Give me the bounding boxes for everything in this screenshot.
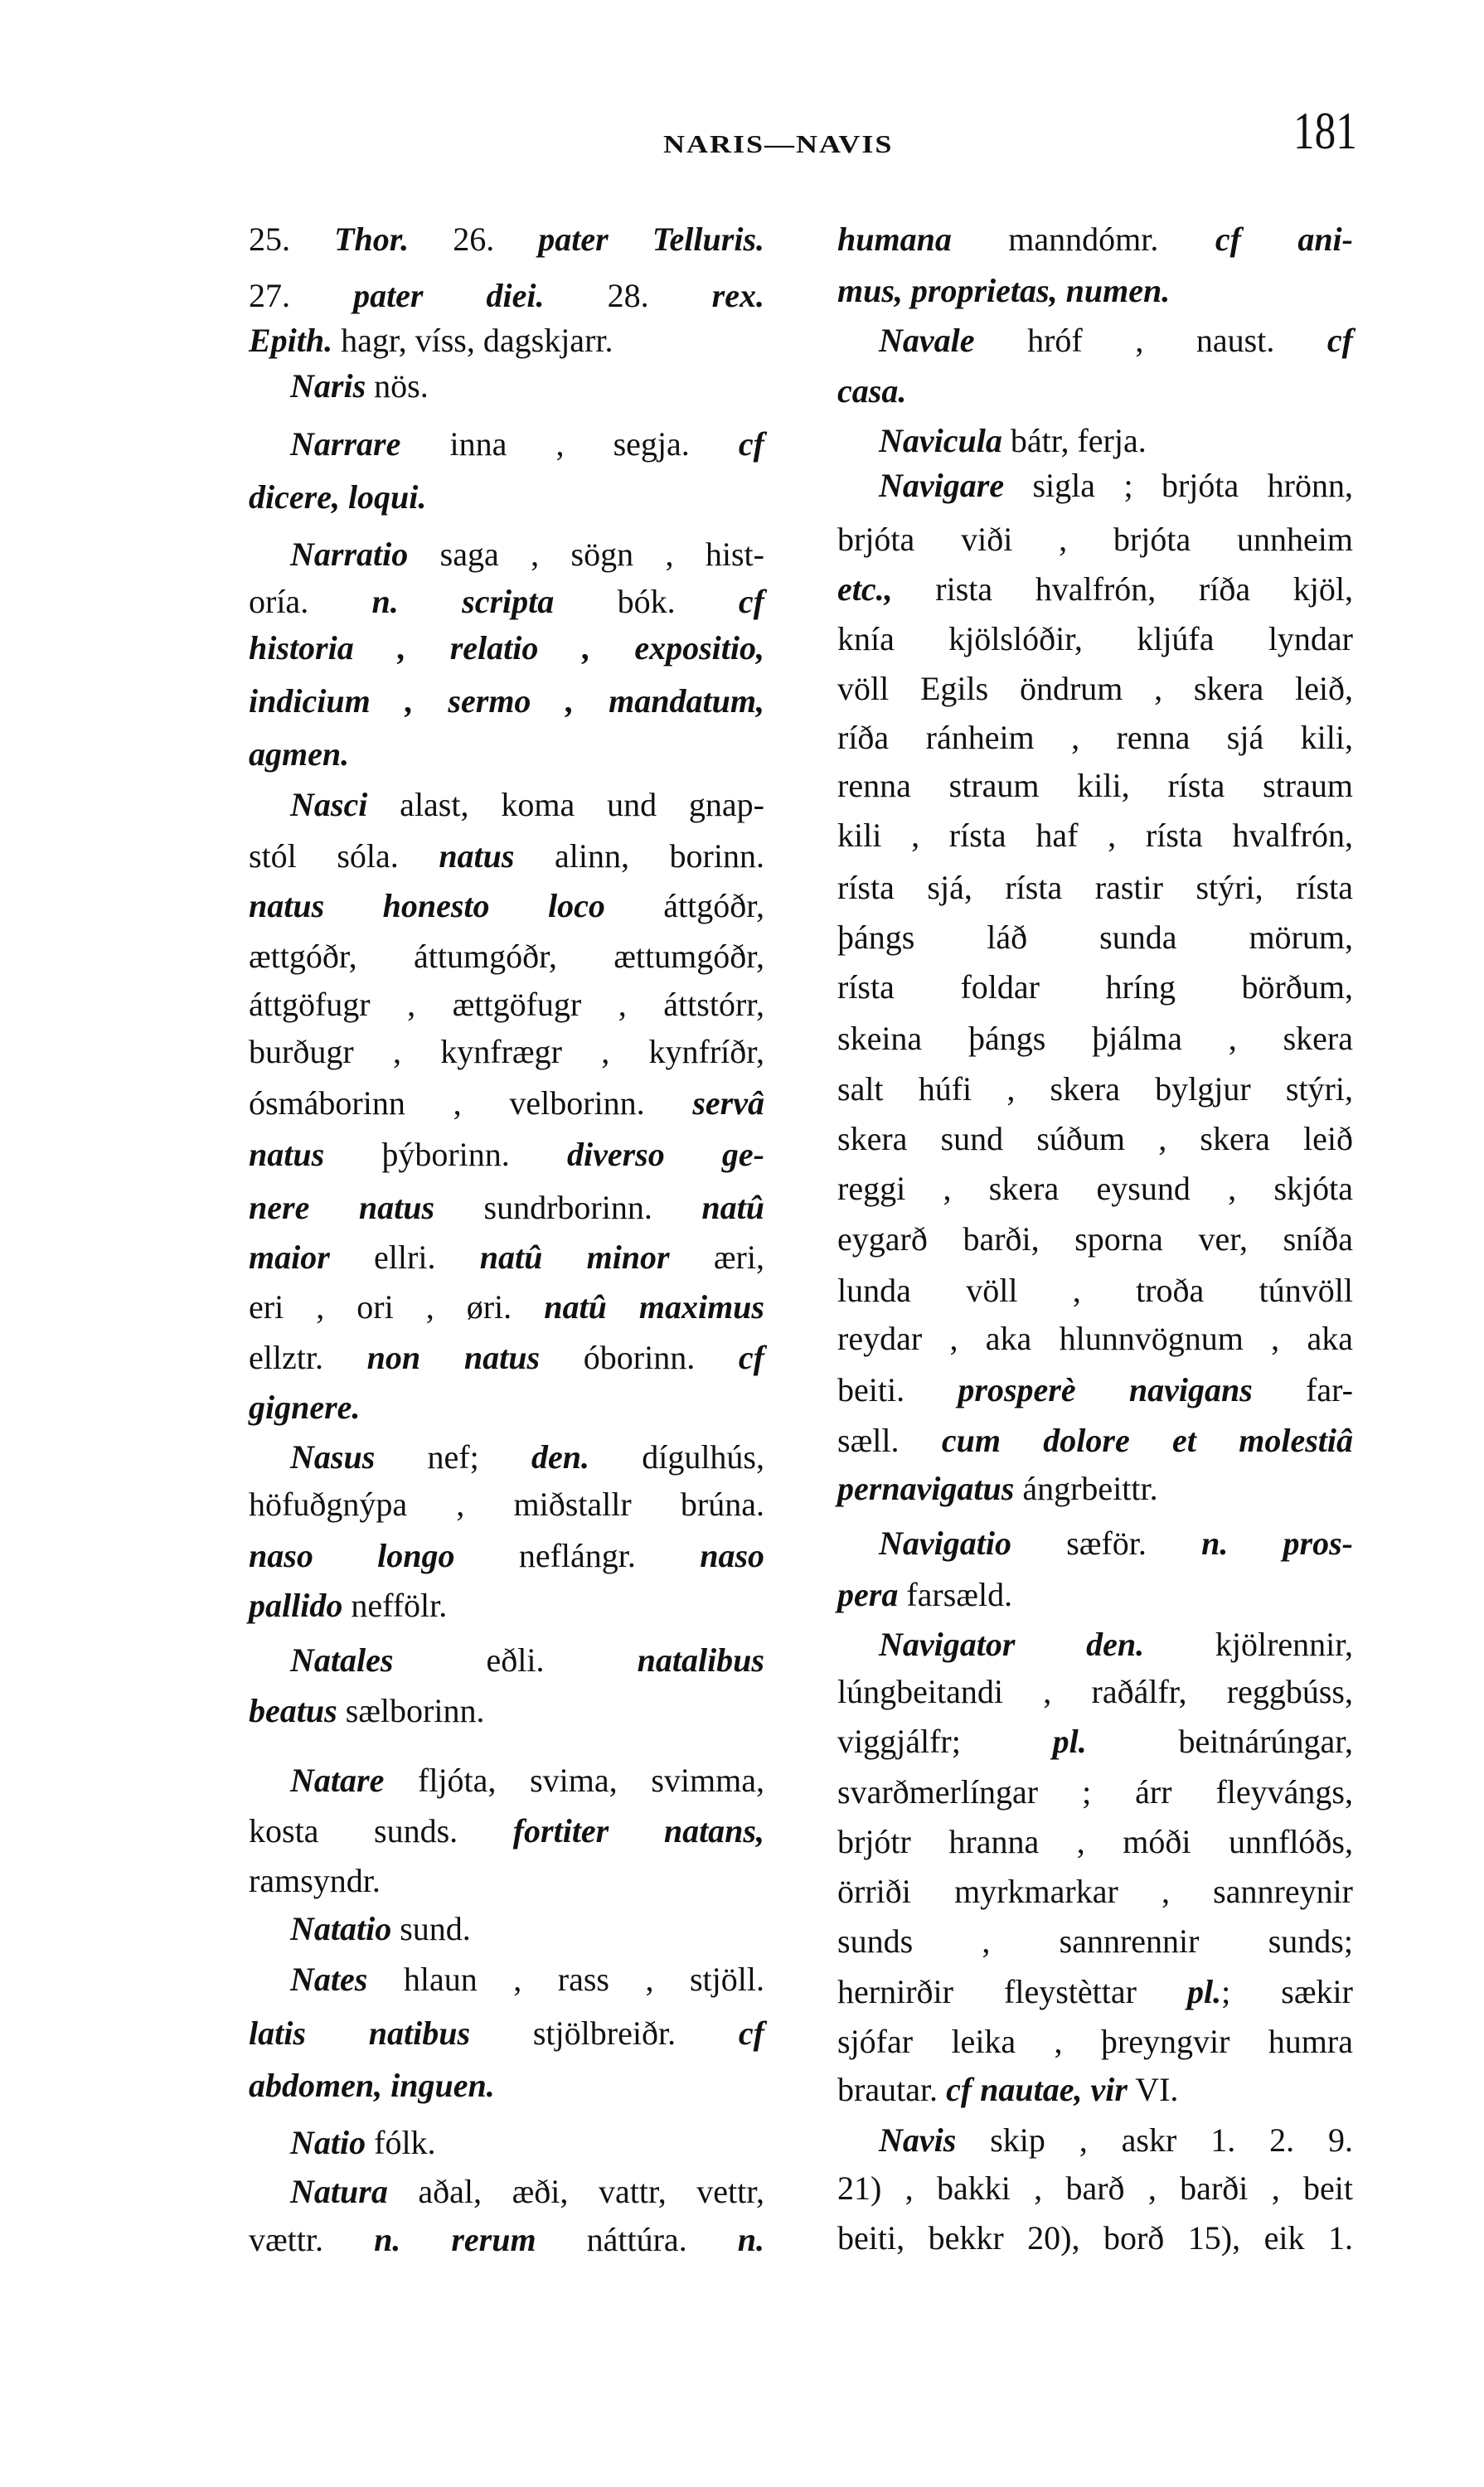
text-line: kili , rísta haf , rísta hvalfrón, [837,812,1353,859]
text-line: reydar , aka hlunnvögnum , aka [837,1316,1353,1362]
text-line: eygarð barði, sporna ver, sníða [837,1216,1353,1263]
text-line: latis natibus stjölbreiðr. cf [249,2010,764,2057]
latin-term: mus, proprietas, numen. [837,272,1170,309]
text-line: brjóta viði , brjóta unnheim [837,516,1353,563]
text-line: áttgöfugr , ættgöfugr , áttstórr, [249,982,764,1028]
text-line: Naris nös. [249,363,764,410]
latin-term: naso longo [249,1537,455,1574]
icelandic-text: ellri. [330,1239,480,1276]
icelandic-text: fljóta, svima, svimma, [384,1762,764,1799]
icelandic-text: vættr. [249,2221,374,2258]
text-line: pera farsæld. [837,1572,1353,1618]
latin-term: n. scripta [372,583,555,620]
icelandic-text: oría. [249,583,372,620]
icelandic-text: ríða ránheim , renna sjá kili, [837,719,1353,756]
latin-term: Natio [290,2124,366,2161]
latin-term: n. [738,2221,764,2258]
latin-term: Epith. [249,322,332,359]
icelandic-text: þángs láð sunda mörum, [837,919,1353,956]
text-line: etc., rista hvalfrón, ríða kjöl, [837,566,1353,613]
icelandic-text: hlaun , rass , stjöll. [367,1961,764,1998]
latin-term: Navis [879,2121,956,2159]
icelandic-text: bók. [554,583,739,620]
latin-term: pater Telluris. [538,221,764,258]
icelandic-text: eygarð barði, sporna ver, sníða [837,1220,1353,1258]
icelandic-text: kjölrennir, [1144,1626,1353,1663]
icelandic-text: inna , segja. [400,425,739,463]
latin-term: cf [739,425,764,463]
icelandic-text: völl Egils öndrum , skera leið, [837,670,1353,707]
text-line: vættr. n. rerum náttúra. n. [249,2217,764,2263]
text-line: salt húfi , skera bylgjur stýri, [837,1066,1353,1113]
text-line: Natio fólk. [249,2120,764,2166]
text-line: Navigatio sæför. n. pros- [837,1520,1353,1567]
latin-term: pera [837,1576,898,1613]
icelandic-text: neflángr. [455,1537,701,1574]
latin-term: Navigator den. [879,1626,1144,1663]
latin-term: Nasci [290,786,367,823]
icelandic-text: beiti. [837,1371,958,1408]
icelandic-text: óborinn. [540,1339,739,1376]
text-line: ellztr. non natus óborinn. cf [249,1335,764,1381]
icelandic-text: reydar , aka hlunnvögnum , aka [837,1320,1353,1357]
latin-term: historia , relatio , expositio, [249,629,764,667]
text-line: burðugr , kynfrægr , kynfríðr, [249,1029,764,1075]
icelandic-text: VI. [1128,2071,1178,2108]
text-line: Epith. hagr, víss, dagskjarr. [249,318,764,364]
text-line: beatus sælborinn. [249,1688,764,1734]
icelandic-text: nös. [366,367,429,405]
icelandic-text: renna straum kili, rísta straum [837,767,1353,804]
latin-term: maior [249,1239,330,1276]
icelandic-text: 25. [249,221,334,258]
icelandic-text: beiti, bekkr 20), borð 15), eik 1. [837,2219,1353,2257]
text-line: maior ellri. natû minor æri, [249,1234,764,1281]
text-line: Narratio saga , sögn , hist- [249,531,764,578]
latin-term: casa. [837,372,906,410]
latin-term: Navigare [879,467,1004,504]
icelandic-text: brautar. [837,2071,946,2108]
latin-term: natalibus [638,1641,764,1679]
icelandic-text: rista hvalfrón, ríða kjöl, [893,570,1353,608]
icelandic-text: sunds , sannrennir sunds; [837,1922,1353,1960]
text-line: historia , relatio , expositio, [249,625,764,671]
text-line: Nasus nef; den. dígulhús, [249,1434,764,1481]
icelandic-text: rísta foldar hríng börðum, [837,968,1353,1006]
icelandic-text: lúngbeitandi , raðálfr, reggbúss, [837,1673,1353,1710]
text-line: renna straum kili, rísta straum [837,763,1353,809]
text-line: rísta foldar hríng börðum, [837,964,1353,1011]
text-line: ríða ránheim , renna sjá kili, [837,715,1353,761]
text-line: Natura aðal, æði, vattr, vettr, [249,2169,764,2215]
text-line: sjófar leika , þreyngvir humra [837,2019,1353,2065]
text-line: Natatio sund. [249,1906,764,1952]
text-line: mus, proprietas, numen. [837,268,1353,314]
icelandic-text: stól sóla. [249,837,439,875]
latin-term: natus [249,1136,324,1173]
latin-term: Naris [290,367,366,405]
icelandic-text: sæll. [837,1422,942,1459]
text-line: nere natus sundrborinn. natû [249,1185,764,1231]
latin-term: den. [531,1438,589,1476]
latin-term: cf [739,2014,764,2052]
icelandic-text: áttgöfugr , ættgöfugr , áttstórr, [249,986,764,1023]
icelandic-text: sæför. [1011,1525,1201,1562]
icelandic-text: beitnárúngar, [1087,1723,1353,1760]
latin-term: humana [837,221,952,258]
latin-term: naso [700,1537,764,1574]
text-line: kosta sunds. fortiter natans, [249,1808,764,1854]
latin-term: prosperè navigans [958,1371,1252,1408]
text-line: höfuðgnýpa , miðstallr brúna. [249,1481,764,1528]
text-line: viggjálfr; pl. beitnárúngar, [837,1719,1353,1765]
icelandic-text: 21) , bakki , barð , barði , beit [837,2169,1353,2207]
latin-term: cum dolore et molestiâ [942,1422,1353,1459]
latin-term: Navicula [879,422,1002,459]
icelandic-text: alinn, borinn. [514,837,764,875]
latin-term: cf [739,1339,764,1376]
text-line: Nates hlaun , rass , stjöll. [249,1956,764,2003]
text-line: völl Egils öndrum , skera leið, [837,666,1353,712]
text-line: humana manndómr. cf ani- [837,216,1353,263]
text-line: ættgóðr, áttumgóðr, ættumgóðr, [249,933,764,980]
icelandic-text: æri, [670,1239,764,1276]
text-line: gignere. [249,1384,764,1431]
icelandic-text: bátr, ferja. [1002,422,1147,459]
icelandic-text: neffölr. [342,1587,447,1624]
latin-term: natû minor [480,1239,670,1276]
dictionary-page: NARIS—NAVIS 181 25. Thor. 26. pater Tell… [0,0,1484,2487]
latin-term: Narrare [290,425,400,463]
icelandic-text: ellztr. [249,1339,367,1376]
latin-term: beatus [249,1692,337,1729]
icelandic-text: ángrbeittr. [1014,1470,1157,1507]
text-line: sunds , sannrennir sunds; [837,1918,1353,1965]
icelandic-text: sigla ; brjóta hrönn, [1004,467,1353,504]
text-line: beiti. prosperè navigans far- [837,1367,1353,1413]
latin-term: cf [1327,322,1353,359]
icelandic-text: alast, koma und gnap- [367,786,764,823]
text-line: pallido neffölr. [249,1583,764,1629]
icelandic-text: kosta sunds. [249,1812,513,1849]
icelandic-text: ósmáborinn , velborinn. [249,1084,692,1122]
icelandic-text: salt húfi , skera bylgjur stýri, [837,1070,1353,1108]
latin-term: cf ani- [1215,221,1353,258]
latin-term: Navigatio [879,1525,1011,1562]
latin-term: pater diei. [353,277,544,314]
icelandic-text: saga , sögn , hist- [408,536,764,573]
icelandic-text: 27. [249,277,353,314]
icelandic-text: reggi , skera eysund , skjóta [837,1170,1353,1207]
icelandic-text: stjölbreiðr. [470,2014,739,2052]
icelandic-text: skip , askr 1. 2. 9. [956,2121,1353,2159]
icelandic-text: nef; [375,1438,531,1476]
icelandic-text: örriði myrkmarkar , sannreynir [837,1873,1353,1910]
icelandic-text: sund. [391,1910,471,1947]
text-line: Navis skip , askr 1. 2. 9. [837,2117,1353,2164]
latin-term: natû maximus [544,1288,764,1326]
icelandic-text: sjófar leika , þreyngvir humra [837,2023,1353,2060]
text-line: abdomen, inguen. [249,2063,764,2109]
icelandic-text: sundrborinn. [434,1189,701,1226]
text-line: skera sund súðum , skera leið [837,1116,1353,1162]
latin-term: natus honesto loco [249,887,605,924]
latin-term: pl. [1187,1973,1221,2010]
icelandic-text: rísta sjá, rísta rastir stýri, rísta [837,869,1353,906]
text-line: 21) , bakki , barð , barði , beit [837,2165,1353,2212]
latin-term: gignere. [249,1389,360,1426]
text-line: agmen. [249,731,764,778]
latin-term: natus [439,837,514,875]
latin-term: natû [701,1189,764,1226]
latin-term: Natales [290,1641,393,1679]
text-line: sæll. cum dolore et molestiâ [837,1418,1353,1464]
text-line: beiti, bekkr 20), borð 15), eik 1. [837,2215,1353,2262]
text-line: naso longo neflángr. naso [249,1533,764,1579]
text-line: eri , ori , øri. natû maximus [249,1284,764,1331]
text-line: reggi , skera eysund , skjóta [837,1166,1353,1212]
icelandic-text: sælborinn. [337,1692,485,1729]
icelandic-text: 28. [545,277,712,314]
icelandic-text: skera sund súðum , skera leið [837,1120,1353,1157]
icelandic-text: dígulhús, [589,1438,764,1476]
icelandic-text: svarðmerlíngar ; árr fleyvángs, [837,1773,1353,1811]
latin-term: cf [739,583,764,620]
text-line: Navicula bátr, ferja. [837,418,1353,464]
right-column: humana manndómr. cf ani-mus, proprietas,… [837,0,1353,2487]
icelandic-text: hernirðir fleystèttar [837,1973,1187,2010]
latin-term: n. rerum [374,2221,536,2258]
icelandic-text: viggjálfr; [837,1723,1053,1760]
text-line: ramsyndr. [249,1858,764,1904]
text-line: Narrare inna , segja. cf [249,421,764,468]
latin-term: fortiter natans, [513,1812,764,1849]
text-line: svarðmerlíngar ; árr fleyvángs, [837,1769,1353,1816]
latin-term: etc., [837,570,893,608]
text-line: Natales eðli. natalibus [249,1637,764,1684]
icelandic-text: aðal, æði, vattr, vettr, [388,2173,764,2210]
text-line: natus þýborinn. diverso ge- [249,1132,764,1178]
icelandic-text: knía kjölslóðir, kljúfa lyndar [837,620,1353,657]
latin-term: servâ [692,1084,764,1122]
icelandic-text: þýborinn. [324,1136,567,1173]
text-line: brautar. cf nautae, vir VI. [837,2067,1353,2113]
latin-term: non natus [367,1339,540,1376]
text-line: örriði myrkmarkar , sannreynir [837,1869,1353,1915]
icelandic-text: brjótr hranna , móði unnflóðs, [837,1823,1353,1860]
text-line: pernavigatus ángrbeittr. [837,1466,1353,1512]
latin-term: pernavigatus [837,1470,1014,1507]
latin-term: nere natus [249,1189,434,1226]
text-line: lúngbeitandi , raðálfr, reggbúss, [837,1669,1353,1715]
latin-term: pallido [249,1587,342,1624]
latin-term: abdomen, inguen. [249,2067,495,2104]
text-line: dicere, loqui. [249,474,764,521]
icelandic-text: 26. [409,221,538,258]
text-line: hernirðir fleystèttar pl.; sækir [837,1969,1353,2015]
latin-term: Navale [879,322,975,359]
latin-term: Natatio [290,1910,391,1947]
icelandic-text: áttgóðr, [605,887,764,924]
text-line: Navigare sigla ; brjóta hrönn, [837,463,1353,509]
text-line: oría. n. scripta bók. cf [249,579,764,625]
icelandic-text: hagr, víss, dagskjarr. [332,322,613,359]
text-line: natus honesto loco áttgóðr, [249,883,764,929]
text-line: þángs láð sunda mörum, [837,914,1353,961]
icelandic-text: farsæld. [898,1576,1012,1613]
text-line: Nasci alast, koma und gnap- [249,782,764,828]
text-line: knía kjölslóðir, kljúfa lyndar [837,616,1353,662]
latin-term: Thor. [334,221,409,258]
icelandic-text: skeina þángs þjálma , skera [837,1020,1353,1057]
latin-term: rex. [712,277,764,314]
latin-term: agmen. [249,735,349,773]
text-line: Navale hróf , naust. cf [837,318,1353,364]
icelandic-text: brjóta viði , brjóta unnheim [837,521,1353,558]
text-line: Natare fljóta, svima, svimma, [249,1757,764,1804]
icelandic-text: ramsyndr. [249,1862,381,1899]
icelandic-text: lunda völl , troða túnvöll [837,1272,1353,1309]
icelandic-text: ættgóðr, áttumgóðr, ættumgóðr, [249,938,764,975]
icelandic-text: far- [1253,1371,1353,1408]
latin-term: indicium , sermo , mandatum, [249,682,764,720]
latin-term: cf nautae, vir [946,2071,1128,2108]
text-line: lunda völl , troða túnvöll [837,1268,1353,1314]
latin-term: Nates [290,1961,367,1998]
latin-term: Natare [290,1762,384,1799]
latin-term: Narratio [290,536,408,573]
icelandic-text: ; sækir [1221,1973,1353,2010]
text-line: indicium , sermo , mandatum, [249,678,764,725]
icelandic-text: eðli. [393,1641,637,1679]
text-line: skeina þángs þjálma , skera [837,1016,1353,1062]
text-line: 25. Thor. 26. pater Telluris. [249,216,764,263]
latin-term: dicere, loqui. [249,478,426,516]
text-line: rísta sjá, rísta rastir stýri, rísta [837,865,1353,911]
icelandic-text: manndómr. [952,221,1215,258]
text-line: 27. pater diei. 28. rex. [249,273,764,319]
icelandic-text: fólk. [366,2124,435,2161]
icelandic-text: náttúra. [536,2221,738,2258]
latin-term: Nasus [290,1438,375,1476]
text-line: stól sóla. natus alinn, borinn. [249,833,764,880]
latin-term: n. pros- [1201,1525,1353,1562]
latin-term: diverso ge- [567,1136,764,1173]
icelandic-text: kili , rísta haf , rísta hvalfrón, [837,817,1353,854]
latin-term: latis natibus [249,2014,470,2052]
latin-term: Natura [290,2173,388,2210]
icelandic-text: burðugr , kynfrægr , kynfríðr, [249,1033,764,1070]
icelandic-text: eri , ori , øri. [249,1288,544,1326]
icelandic-text: höfuðgnýpa , miðstallr brúna. [249,1486,764,1523]
text-line: Navigator den. kjölrennir, [837,1622,1353,1668]
text-line: casa. [837,368,1353,414]
icelandic-text: hróf , naust. [975,322,1327,359]
text-line: brjótr hranna , móði unnflóðs, [837,1819,1353,1865]
text-line: ósmáborinn , velborinn. servâ [249,1080,764,1127]
latin-term: pl. [1053,1723,1087,1760]
left-column: 25. Thor. 26. pater Telluris.27. pater d… [249,0,764,2487]
